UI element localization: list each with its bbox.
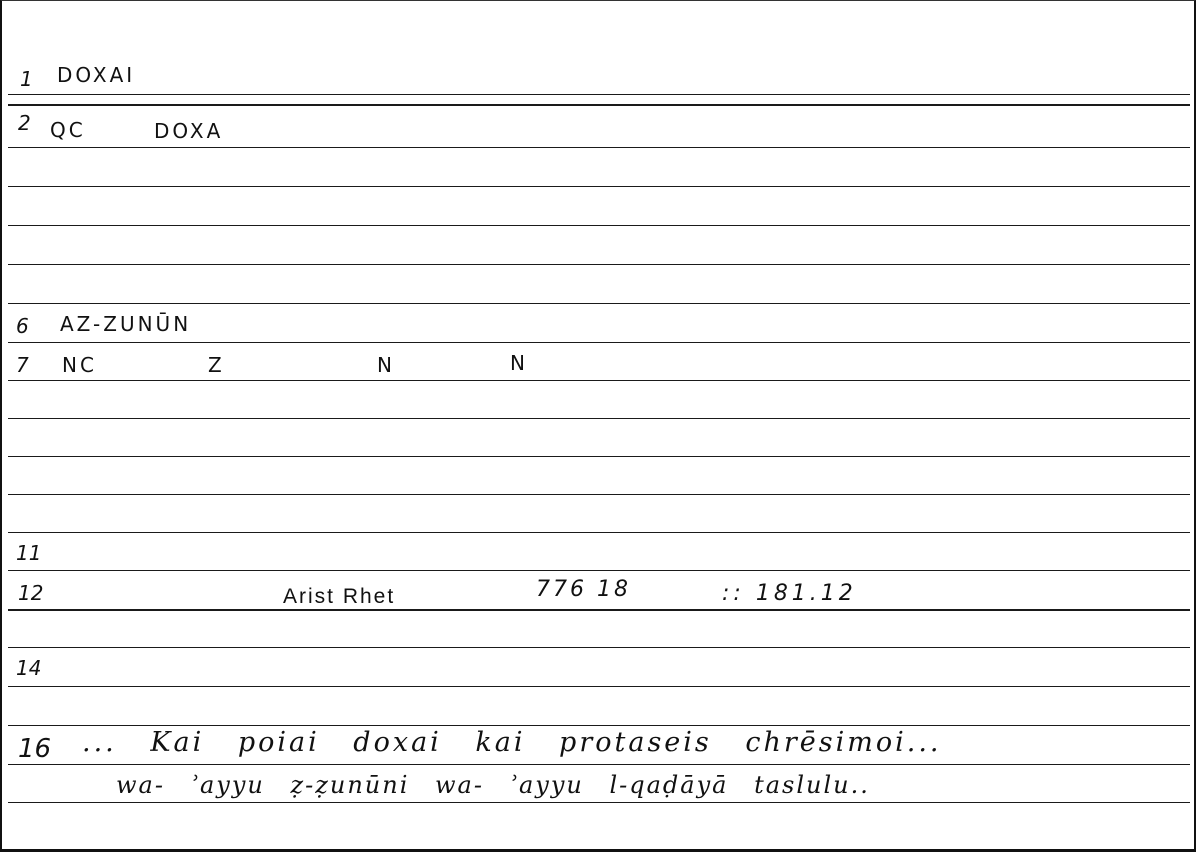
rule-line [8,494,1190,495]
rule-line [8,225,1190,226]
rule-line [8,686,1190,687]
rule-line [8,456,1190,457]
root-letters: NC [62,353,97,377]
line-number: 1 [20,67,33,91]
arabic-term: AZ-ZUNŪN [60,312,191,336]
rule-line [8,609,1190,611]
root-letter: N [377,353,395,377]
rule-line [8,380,1190,381]
root-letter: N [510,351,528,375]
rule-line [8,532,1190,533]
line-number: 7 [16,353,29,377]
headword: DOXAI [57,63,135,87]
page-line-ref: 776 18 [536,577,631,602]
line-number: 11 [16,541,41,565]
rule-line [8,764,1190,765]
source-reference: Arist Rhet [283,585,395,609]
index-card: 1 DOXAI 2 QC DOXA 6 AZ-ZUNŪN 7 NC Z N N … [0,0,1196,852]
term: DOXA [154,119,223,143]
rule-line [8,94,1190,95]
rule-line [8,802,1190,803]
rule-line [8,104,1190,106]
edition-ref: :: 181.12 [722,581,857,606]
rule-line [8,418,1190,419]
root-letter: Z [208,353,225,377]
greek-quotation: ... Kai poiai doxai kai protaseis chrēsi… [82,727,942,758]
line-number: 14 [16,656,41,680]
line-number: 6 [16,314,29,338]
line-number: 16 [18,734,51,764]
line-number: 2 [18,111,31,135]
rule-line [8,725,1190,726]
rule-line [8,186,1190,187]
rule-line [8,647,1190,648]
rule-line [8,303,1190,304]
rule-line [8,342,1190,343]
arabic-translation: wa- ʾayyu ẓ-ẓunūni wa- ʾayyu l-qaḍāyā ta… [116,771,870,799]
rule-line [8,264,1190,265]
rule-line [8,570,1190,571]
source-code: QC [50,118,86,142]
line-number: 12 [18,581,43,605]
rule-line [8,147,1190,148]
